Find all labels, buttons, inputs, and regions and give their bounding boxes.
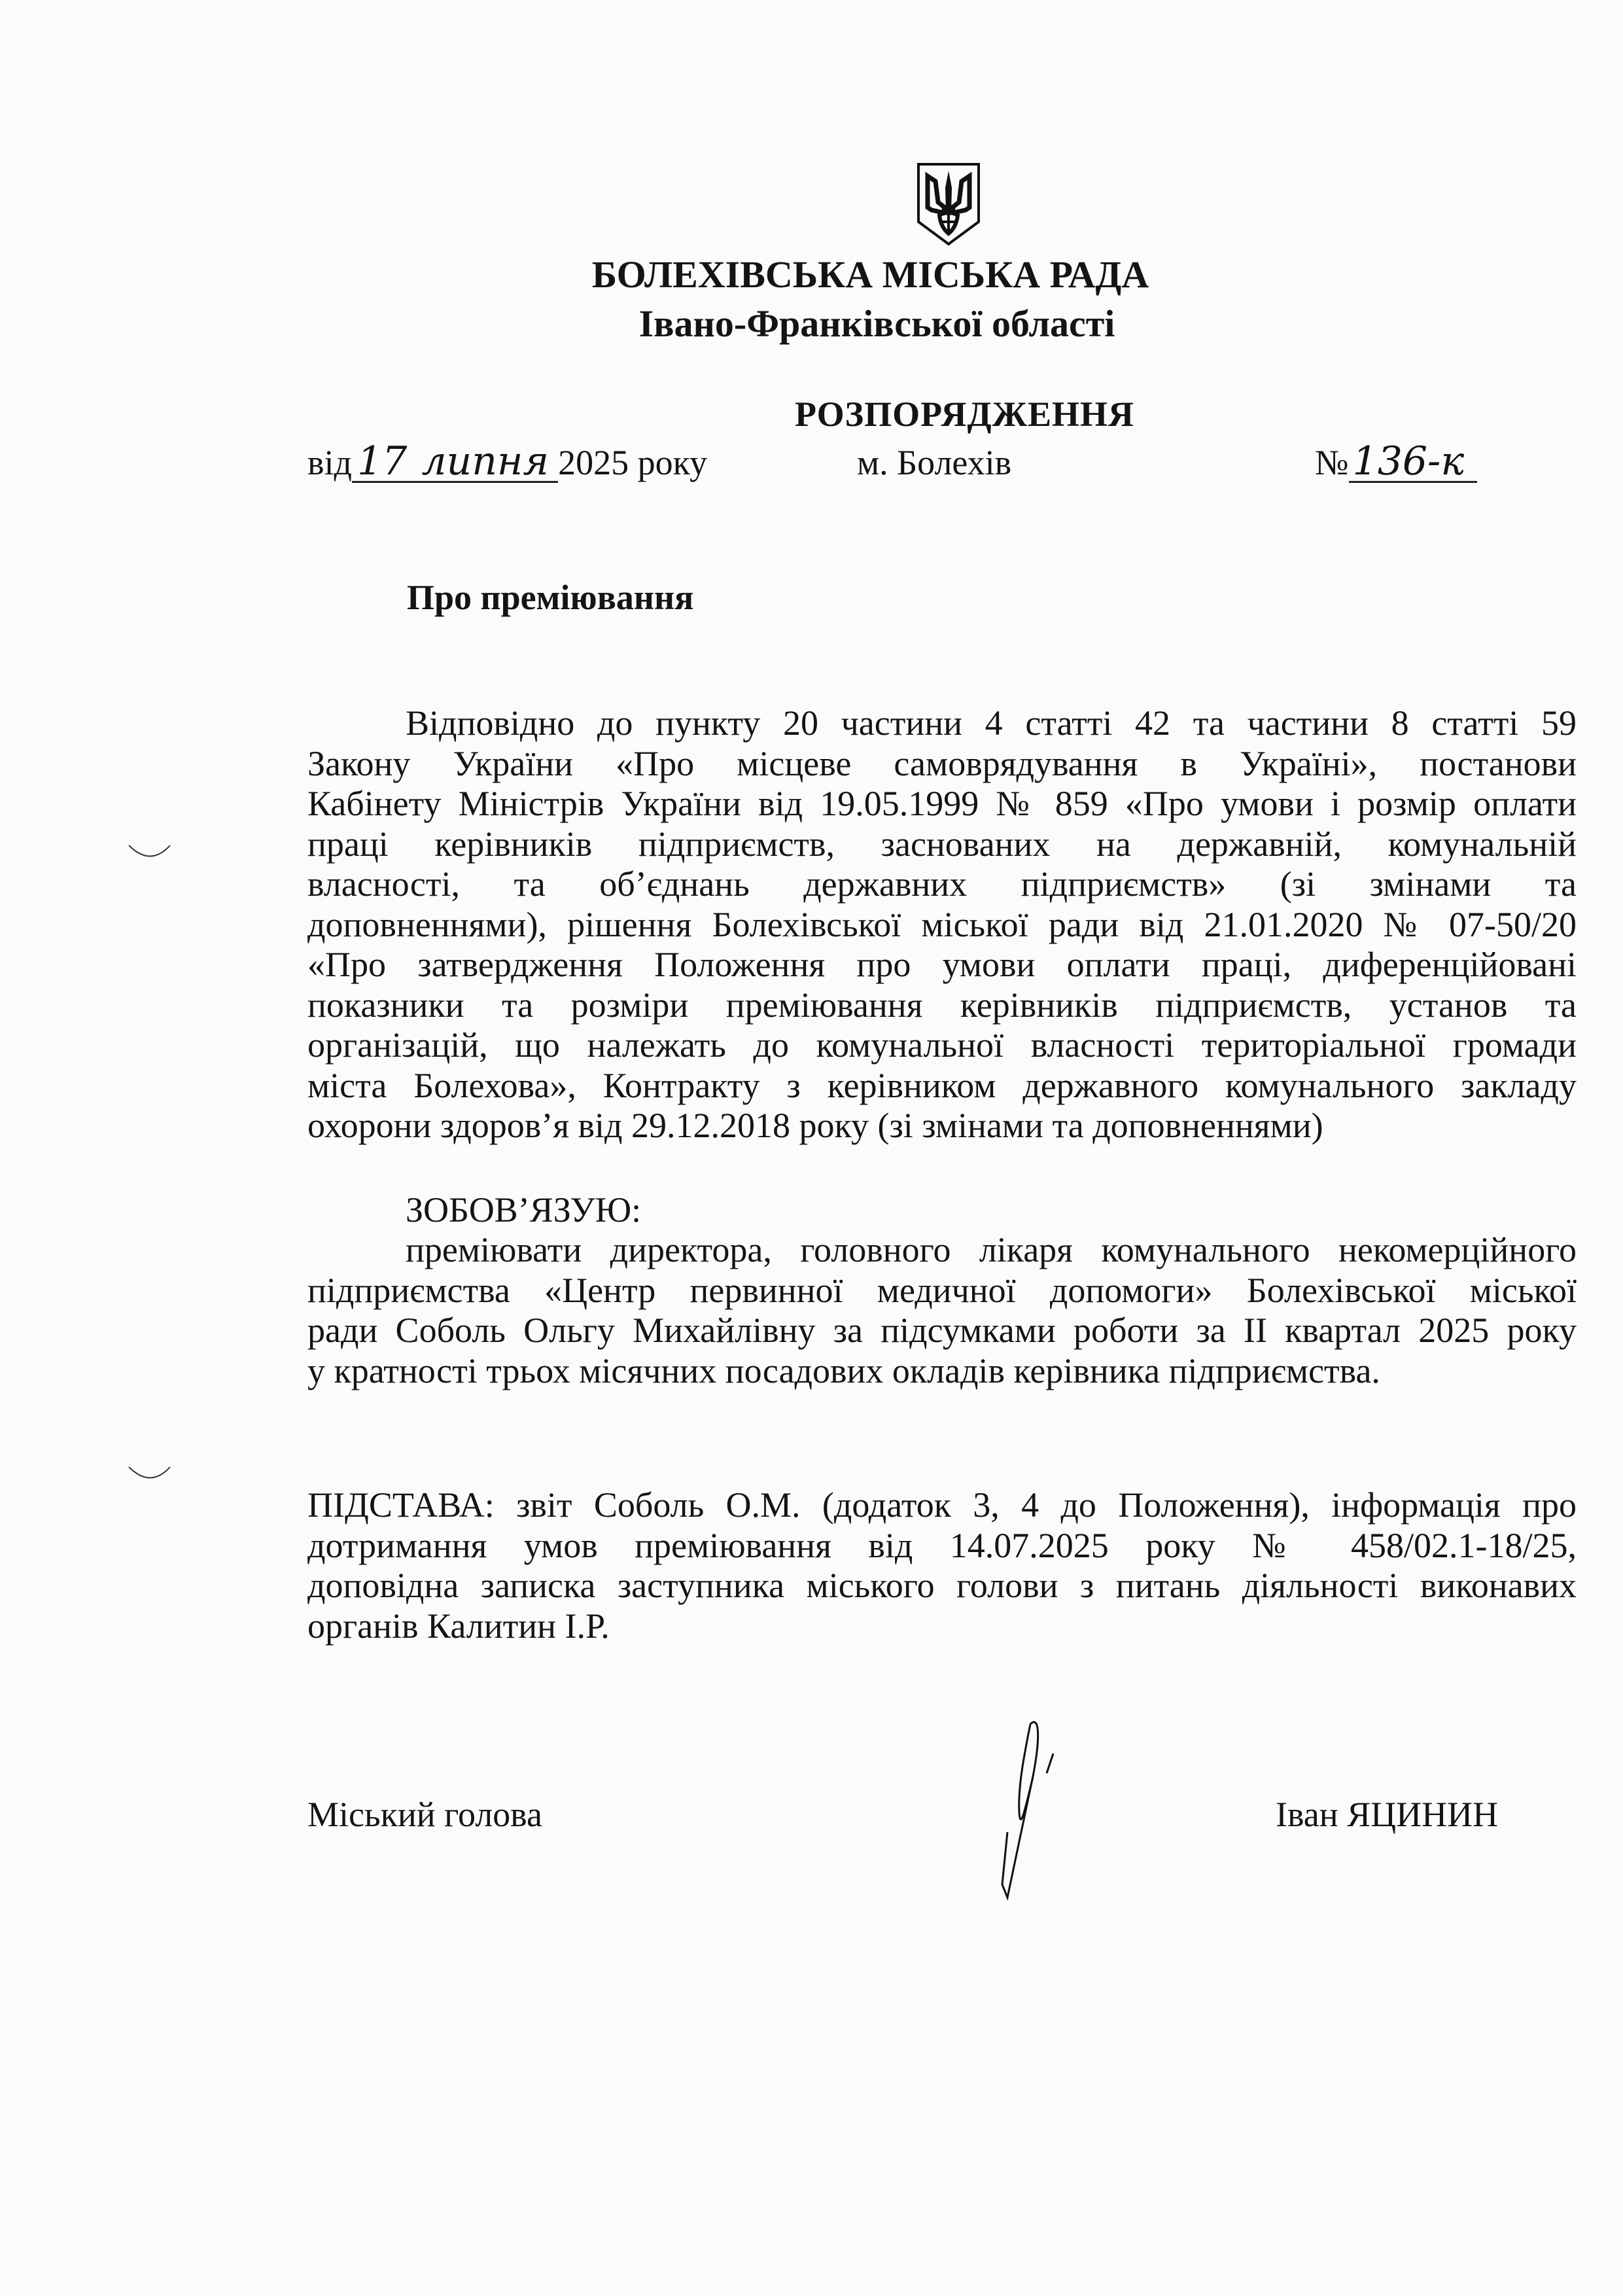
order-line: у кратності трьох місячних посадових окл… [307, 1351, 1577, 1392]
preamble-line: власності, та об’єднань державних підпри… [307, 864, 1577, 905]
signatory-position: Міський голова [307, 1793, 542, 1836]
handwritten-signature-icon [942, 1701, 1125, 1911]
preamble-line: міста Болехова», Контракту з керівником … [307, 1066, 1577, 1106]
preamble-line: показники та розміри преміювання керівни… [307, 985, 1577, 1026]
document-date: від17липня2025 року [307, 440, 707, 486]
date-suffix: 2025 року [558, 443, 707, 482]
order-line: преміювати директора, головного лікаря к… [307, 1230, 1577, 1271]
preamble-line: організацій, що належать до комунальної … [307, 1025, 1577, 1066]
preamble-line: охорони здоров’я від 29.12.2018 року (зі… [307, 1106, 1577, 1146]
preamble-line: доповненнями), рішення Болехівської місь… [307, 905, 1577, 945]
preamble-line: праці керівників підприємств, заснованих… [307, 824, 1577, 865]
coat-of-arms-icon [916, 162, 981, 247]
preamble-paragraph: Відповідно до пункту 20 частини 4 статті… [307, 703, 1577, 1146]
preamble-line: «Про затвердження Положення про умови оп… [307, 945, 1577, 985]
document-meta-row: від17липня2025 року м. Болехів №136-к [307, 440, 1590, 492]
order-line: підприємства «Центр первинної медичної д… [307, 1271, 1577, 1311]
date-prefix: від [307, 443, 352, 482]
punch-mark-icon [128, 1466, 180, 1485]
basis-line: доповідна записка заступника міського го… [307, 1566, 1577, 1606]
order-paragraph: преміювати директора, головного лікаря к… [307, 1230, 1577, 1391]
document-type: РОЗПОРЯДЖЕННЯ [795, 393, 1134, 436]
number-prefix: № [1315, 443, 1349, 482]
signatory-name: Іван ЯЦИНИН [1276, 1793, 1498, 1836]
basis-line: ПІДСТАВА: звіт Соболь О.М. (додаток 3, 4… [307, 1485, 1577, 1526]
region-name: Івано-Франківської області [0, 301, 1623, 347]
handwritten-month: липня [412, 442, 558, 483]
handwritten-number: 136-к [1349, 442, 1478, 483]
punch-mark-icon [128, 844, 180, 864]
basis-line: дотримання умов преміювання від 14.07.20… [307, 1526, 1577, 1566]
order-line: ради Соболь Ольгу Михайлівну за підсумка… [307, 1311, 1577, 1351]
preamble-line: Кабінету Міністрів України від 19.05.199… [307, 784, 1577, 824]
document-city: м. Болехів [857, 440, 1011, 486]
document-number: №136-к [1315, 440, 1477, 486]
organization-name: БОЛЕХІВСЬКА МІСЬКА РАДА [0, 252, 1623, 298]
preamble-line: Відповідно до пункту 20 частини 4 статті… [307, 703, 1577, 744]
document-subject: Про преміювання [407, 576, 693, 619]
handwritten-day: 17 [352, 442, 412, 483]
basis-line: органів Калитин І.Р. [307, 1606, 1577, 1647]
obligation-heading: ЗОБОВ’ЯЗУЮ: [406, 1190, 641, 1230]
basis-paragraph: ПІДСТАВА: звіт Соболь О.М. (додаток 3, 4… [307, 1485, 1577, 1646]
preamble-line: Закону України «Про місцеве самоврядуван… [307, 744, 1577, 785]
